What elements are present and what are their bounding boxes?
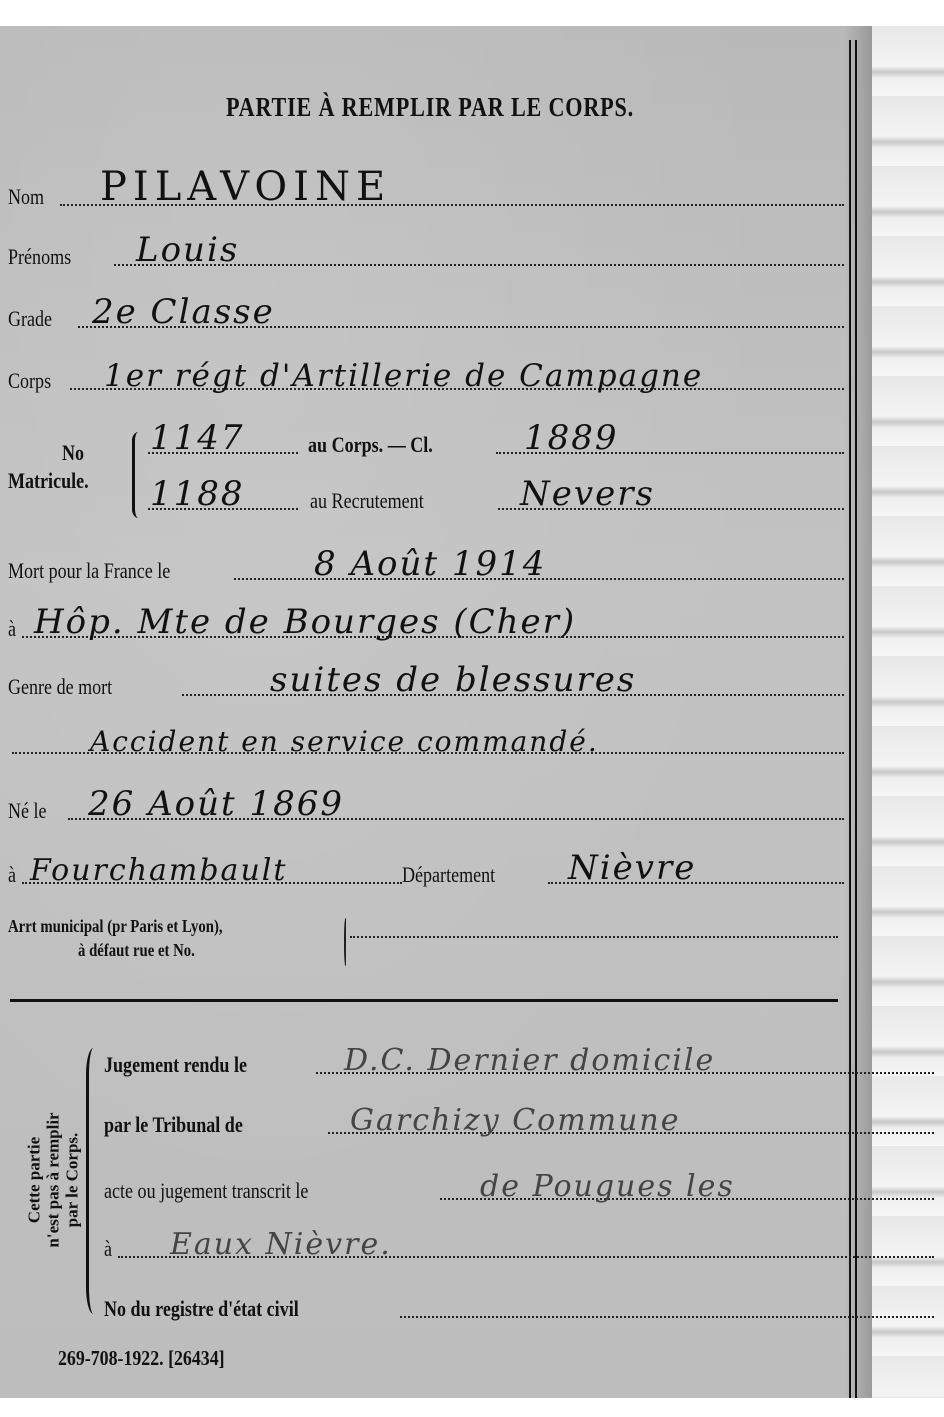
matricule-corps-label: au Corps. — Cl. xyxy=(308,432,433,458)
arrondissement-dots xyxy=(350,936,838,938)
departement-value: Nièvre xyxy=(568,848,696,888)
jugement-label: Jugement rendu le xyxy=(104,1052,247,1078)
form-reference-code: 269-708-1922. [26434] xyxy=(58,1346,225,1371)
mort-le-value: 8 Août 1914 xyxy=(314,544,546,584)
matricule-label-no: No xyxy=(62,440,84,466)
field-jugement: Jugement rendu le D.C. Dernier domicile xyxy=(104,1040,844,1080)
field-ne-le: Né le 26 Août 1869 xyxy=(8,786,844,826)
field-nom: Nom PILAVOINE xyxy=(8,172,844,212)
field-mort-a: à Hôp. Mte de Bourges (Cher) xyxy=(8,604,844,644)
tribunal-value: Garchizy Commune xyxy=(350,1103,681,1138)
grade-label: Grade xyxy=(8,306,52,332)
classe-value: 1889 xyxy=(524,418,619,458)
corps-label: Corps xyxy=(8,368,51,394)
nom-value: PILAVOINE xyxy=(100,164,391,210)
transcrit-value: de Pougues les xyxy=(480,1169,735,1204)
registre-dots xyxy=(400,1316,934,1318)
border-line-right xyxy=(855,40,857,1398)
jugement-value: D.C. Dernier domicile xyxy=(344,1043,715,1078)
field-genre-de-mort-line2: Accident en service commandé. xyxy=(8,720,844,760)
field-mort-le: Mort pour la France le 8 Août 1914 xyxy=(8,546,844,586)
mort-a-label: à xyxy=(8,616,16,642)
scan-edge xyxy=(872,26,944,1398)
field-prenoms: Prénoms Louis xyxy=(8,232,844,272)
matricule-brace xyxy=(132,432,145,518)
grade-value: 2e Classe xyxy=(92,292,275,332)
field-matricule-corps: 1147 au Corps. — Cl. 1889 xyxy=(148,420,844,460)
transcrit-a-value: Eaux Nièvre. xyxy=(170,1227,392,1262)
matricule-recrutement-number: 1188 xyxy=(150,474,245,514)
recrutement-label: au Recrutement xyxy=(310,488,424,514)
prenoms-label: Prénoms xyxy=(8,244,71,270)
ne-le-label: Né le xyxy=(8,798,47,824)
recrutement-value: Nevers xyxy=(520,474,655,514)
departement-label: Département xyxy=(402,862,495,888)
field-corps: Corps 1er régt d'Artillerie de Campagne xyxy=(8,356,844,396)
matricule-corps-number: 1147 xyxy=(150,418,245,458)
genre-de-mort-label: Genre de mort xyxy=(8,674,112,700)
side-note-line3: par le Corps. xyxy=(63,1050,82,1310)
side-note-line2: n'est pas à remplir xyxy=(44,1050,63,1310)
genre-de-mort-value: suites de blessures xyxy=(270,660,636,700)
mort-a-value: Hôp. Mte de Bourges (Cher) xyxy=(34,602,576,642)
field-tribunal: par le Tribunal de Garchizy Commune xyxy=(104,1100,844,1140)
genre-de-mort-line2-value: Accident en service commandé. xyxy=(90,725,599,758)
mort-le-label: Mort pour la France le xyxy=(8,558,170,584)
side-note-line1: Cette partie xyxy=(25,1050,44,1310)
ne-le-value: 26 Août 1869 xyxy=(88,784,344,824)
matricule-label: Matricule. xyxy=(8,468,89,494)
field-transcrit: acte ou jugement transcrit le de Pougues… xyxy=(104,1166,844,1206)
field-grade: Grade 2e Classe xyxy=(8,294,844,334)
form-title: PARTIE À REMPLIR PAR LE CORPS. xyxy=(77,92,782,123)
arrondissement-label: Arrt municipal (pr Paris et Lyon), xyxy=(8,916,223,937)
arrondissement-label-line2: à défaut rue et No. xyxy=(78,940,195,961)
field-genre-de-mort: Genre de mort suites de blessures xyxy=(8,662,844,702)
nom-label: Nom xyxy=(8,184,44,210)
tribunal-label: par le Tribunal de xyxy=(104,1112,243,1138)
section-divider xyxy=(10,999,838,1002)
ne-a-label: à xyxy=(8,862,16,888)
field-ne-a: à Fourchambault Département Nièvre xyxy=(8,850,844,890)
ne-a-value: Fourchambault xyxy=(30,853,287,888)
arrondissement-brace xyxy=(344,918,348,966)
transcrit-a-label: à xyxy=(104,1236,112,1262)
field-matricule-recrutement: 1188 au Recrutement Nevers xyxy=(148,476,844,516)
corps-value: 1er régt d'Artillerie de Campagne xyxy=(104,358,703,394)
registre-label: No du registre d'état civil xyxy=(104,1296,299,1322)
field-registre: No du registre d'état civil xyxy=(104,1284,844,1324)
prenoms-value: Louis xyxy=(136,230,239,270)
civil-section-brace xyxy=(86,1048,101,1314)
civil-section-side-note: Cette partie n'est pas à remplir par le … xyxy=(8,1050,98,1310)
transcrit-label: acte ou jugement transcrit le xyxy=(104,1178,308,1204)
field-transcrit-a: à Eaux Nièvre. xyxy=(104,1224,844,1264)
border-line-left xyxy=(849,40,851,1398)
